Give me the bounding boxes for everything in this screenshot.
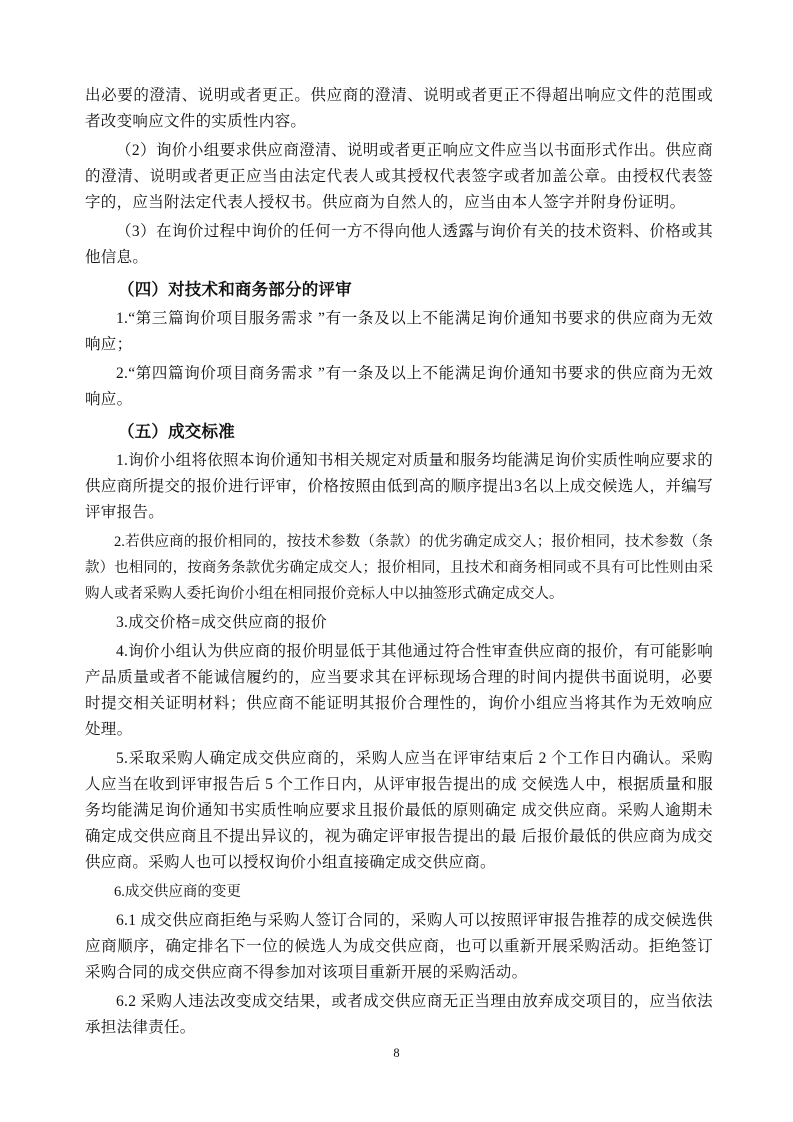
- paragraph: 5.采取采购人确定成交供应商的，采购人应当在评审结束后 2 个工作日内确认。采购…: [85, 746, 713, 876]
- paragraph: 6.2 采购人违法改变成交结果，或者成交供应商无正当理由放弃成交项目的，应当依法…: [85, 989, 713, 1041]
- page-footer: 8: [0, 1044, 793, 1062]
- paragraph: 1.“第三篇询价项目服务需求 ”有一条及以上不能满足询价通知书要求的供应商为无效…: [85, 306, 713, 358]
- paragraph: 3.成交价格=成交供应商的报价: [85, 610, 713, 636]
- document-body: 出必要的澄清、说明或者更正。供应商的澄清、说明或者更正不得超出响应文件的范围或者…: [85, 83, 713, 1041]
- section-heading: （五）成交标准: [85, 419, 713, 445]
- section-heading: （四）对技术和商务部分的评审: [85, 277, 713, 303]
- paragraph: 4.询价小组认为供应商的报价明显低于其他通过符合性审查供应商的报价，有可能影响产…: [85, 639, 713, 743]
- paragraph: 2.若供应商的报价相同的，按技术参数（条款）的优劣确定成交人；报价相同，技术参数…: [85, 529, 713, 607]
- paragraph: （2）询价小组要求供应商澄清、说明或者更正响应文件应当以书面形式作出。供应商的澄…: [85, 138, 713, 216]
- paragraph: 6.成交供应商的变更: [85, 879, 713, 905]
- paragraph: 6.1 成交供应商拒绝与采购人签订合同的，采购人可以按照评审报告推荐的成交候选供…: [85, 908, 713, 986]
- paragraph: （3）在询价过程中询价的任何一方不得向他人透露与询价有关的技术资料、价格或其他信…: [85, 219, 713, 271]
- paragraph: 出必要的澄清、说明或者更正。供应商的澄清、说明或者更正不得超出响应文件的范围或者…: [85, 83, 713, 135]
- page-number: 8: [393, 1046, 399, 1060]
- paragraph: 2.“第四篇询价项目商务需求 ”有一条及以上不能满足询价通知书要求的供应商为无效…: [85, 361, 713, 413]
- document-page: 出必要的澄清、说明或者更正。供应商的澄清、说明或者更正不得超出响应文件的范围或者…: [0, 0, 793, 1122]
- paragraph: 1.询价小组将依照本询价通知书相关规定对质量和服务均能满足询价实质性响应要求的供…: [85, 448, 713, 526]
